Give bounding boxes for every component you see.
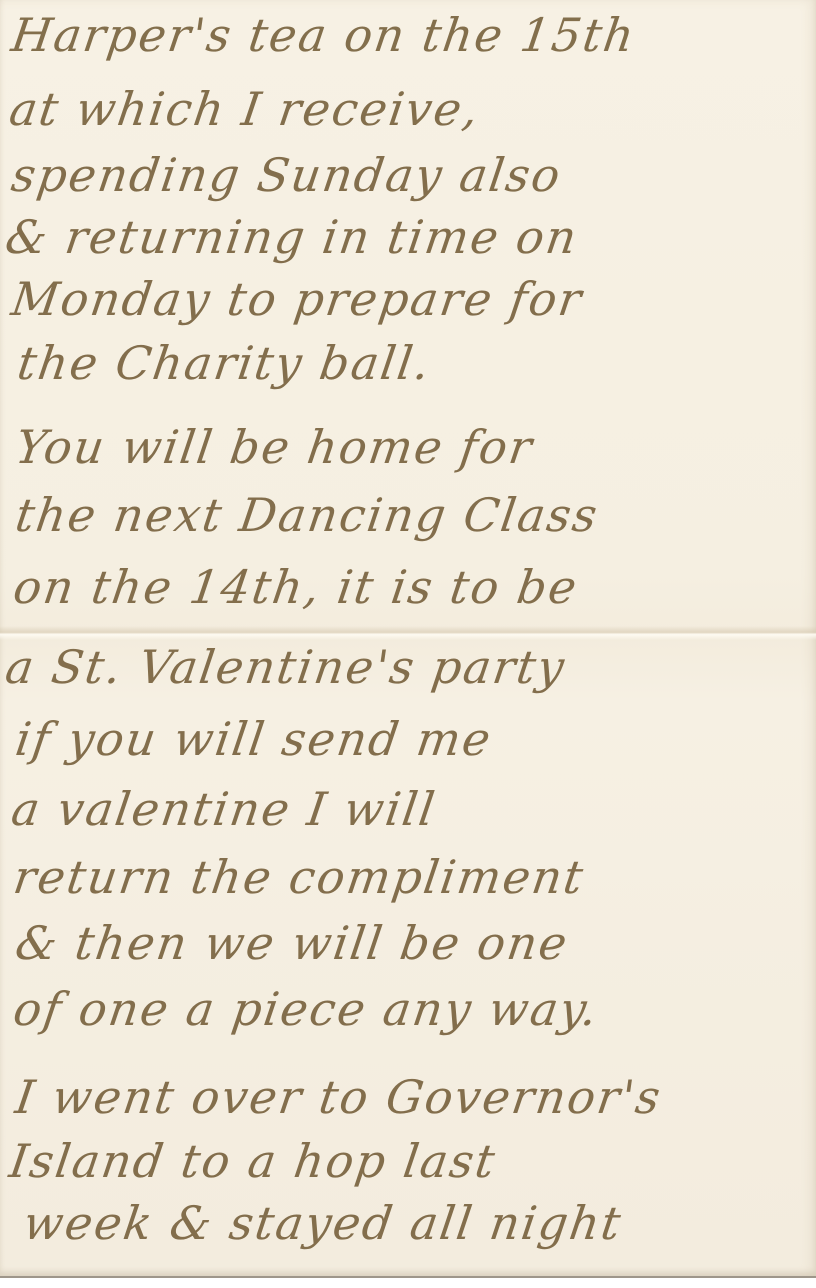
handwritten-line: Island to a hop last xyxy=(6,1134,500,1188)
handwritten-line: I went over to Governor's xyxy=(12,1070,665,1124)
handwritten-line: You will be home for xyxy=(12,420,537,474)
handwritten-line: Harper's tea on the 15th xyxy=(8,8,639,62)
handwritten-line: the next Dancing Class xyxy=(12,488,602,542)
paper-fold-crease xyxy=(0,626,816,640)
handwritten-line: & returning in time on xyxy=(2,210,581,264)
page-bottom-edge xyxy=(0,1276,816,1278)
letter-page: Harper's tea on the 15th at which I rece… xyxy=(0,0,816,1276)
handwritten-line: & then we will be one xyxy=(12,916,572,970)
handwritten-line: the Charity ball. xyxy=(14,336,435,390)
handwritten-line: week & stayed all night xyxy=(20,1196,626,1250)
handwritten-line: return the compliment xyxy=(10,850,588,904)
handwritten-line: of one a piece any way. xyxy=(10,982,602,1036)
handwritten-line: on the 14th, it is to be xyxy=(10,560,582,614)
handwritten-line: at which I receive, xyxy=(6,82,483,136)
handwritten-line: if you will send me xyxy=(12,712,495,766)
handwritten-line: spending Sunday also xyxy=(8,148,565,202)
handwritten-line: Monday to prepare for xyxy=(8,272,586,326)
handwritten-line: a valentine I will xyxy=(8,782,440,836)
handwritten-line: a St. Valentine's party xyxy=(2,640,569,694)
